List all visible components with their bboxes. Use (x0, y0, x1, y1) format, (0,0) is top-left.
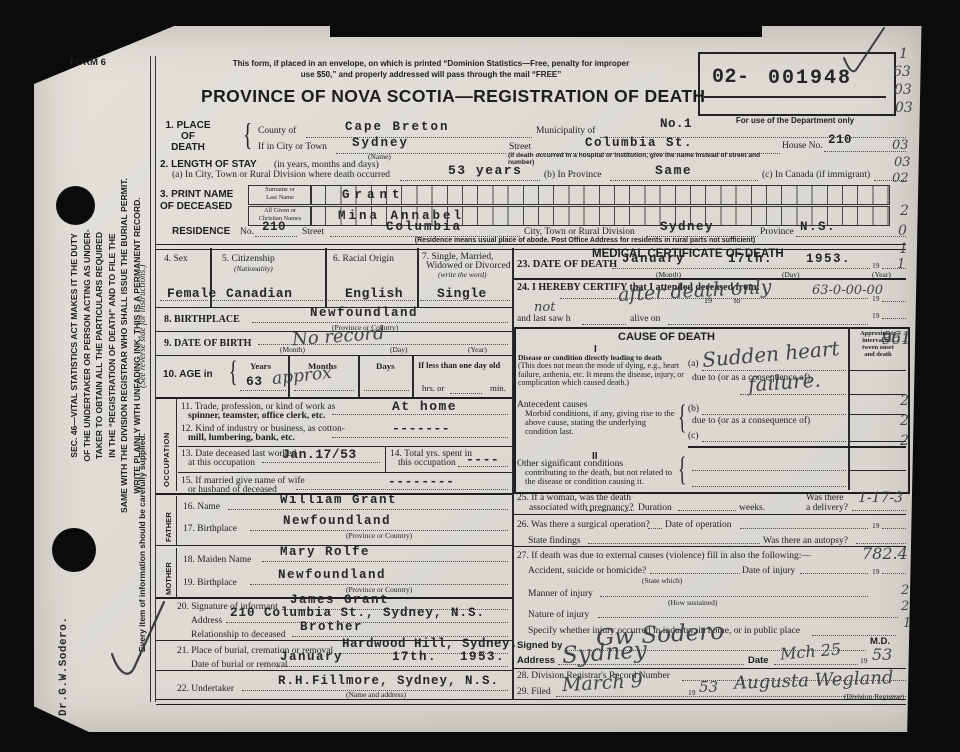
birthplace-label: 8. BIRTHPLACE (164, 314, 240, 325)
mother-group-label: MOTHER (164, 548, 173, 595)
city-value: Sydney (352, 136, 409, 150)
margin-code: 2 (900, 433, 909, 449)
year-line (882, 306, 906, 319)
cause-of-death-header: CAUSE OF DEATH (618, 331, 715, 343)
operation-date-label: Date of operation (665, 520, 731, 530)
registration-number-prefix: 02- (712, 66, 750, 89)
mail-note: This form, if placed in an envelope, on … (213, 59, 649, 80)
mother-maiden-value: Mary Rolfe (280, 545, 370, 559)
print-name-label: 3. PRINT NAME OF DECEASED (160, 189, 246, 213)
mother-birthplace-label: 19. Birthplace (183, 578, 237, 588)
cause-a-label: (a) (688, 359, 699, 369)
residence-street-value: Columbia (386, 220, 462, 234)
father-name-value: William Grant (280, 493, 397, 507)
to-print: to (734, 296, 740, 305)
last-worked-label-2: at this occupation (188, 458, 255, 468)
stay-a-value: 53 years (448, 163, 522, 178)
age-hrs-label: hrs. or (422, 383, 444, 393)
margin-code: 03 (895, 100, 913, 116)
sex-value: Female (167, 286, 217, 301)
alive-on-line (668, 312, 868, 325)
interval-cell-line (848, 441, 906, 442)
relationship-label: Relationship to deceased (191, 630, 285, 640)
margin-code: 1 (899, 241, 908, 257)
residence-no-label: No. (240, 227, 254, 237)
burial-date-label: Date of burial or removal (191, 660, 288, 670)
day-caption: (Day) (390, 345, 408, 354)
weeks-label: weeks. (739, 503, 765, 513)
margin-code: 1 (903, 616, 911, 631)
municipality-label: Municipality of (536, 126, 595, 136)
cell-divider (385, 446, 386, 472)
other-conditions-note: contributing to the death, but not relat… (525, 468, 681, 486)
filed-year-value: 53 (699, 678, 718, 696)
house-no-label: House No. (782, 141, 823, 151)
date-of-death-label: 23. DATE OF DEATH (517, 259, 617, 270)
age-less-label: If less than one day old (418, 361, 500, 370)
city-town-label: If in City or Town (258, 142, 327, 152)
specify-injury-line (812, 623, 896, 636)
citizenship-sub: (Nationality) (234, 264, 273, 273)
residence-caption: (Residence means usual place of abode. P… (300, 237, 870, 244)
autopsy-label: Was there an autopsy? (763, 536, 848, 546)
date-of-death-month: January (622, 252, 685, 266)
signed-year-value: 53 (872, 645, 892, 664)
residence-no-value: 210 (262, 220, 286, 234)
racial-origin-value: English (345, 286, 403, 301)
surname-caption: Surname or Last Name (248, 185, 312, 205)
age-days-line (364, 378, 409, 391)
form-bottom-rule (156, 699, 906, 705)
filed-date-value: March 9 (561, 670, 643, 696)
nature-of-injury-label: Nature of injury (528, 610, 589, 620)
certify-line (560, 286, 868, 299)
nineteen-print: 19 (872, 567, 880, 576)
accident-line (650, 561, 740, 574)
brace: { (229, 355, 238, 389)
undertaker-label: 22. Undertaker (177, 684, 234, 694)
age-months-line (294, 378, 354, 391)
nineteen-print: 19 (872, 294, 880, 303)
margin-code: 03 (892, 138, 909, 153)
scanned-death-registration: SEC. 46—VITAL STATISTICS ACT MAKES IT TH… (0, 0, 960, 752)
burial-date-day: 17th. (392, 650, 437, 664)
margin-see-reverse-note: (See reverse side for instructions.) (137, 153, 147, 388)
residence-province-value: N.S. (800, 220, 836, 234)
birthplace-value: Newfoundland (310, 306, 418, 320)
accident-label: Accident, suicide or homicide? (528, 566, 646, 576)
operation-date-line (740, 516, 868, 529)
margin-code: 2 (900, 413, 909, 429)
interval-cell-line (848, 370, 906, 371)
group-divider (176, 399, 177, 491)
father-birthplace-value: Newfoundland (283, 514, 391, 528)
nineteen-print: 19 (872, 521, 880, 530)
external-causes-label: 27. If death was due to external causes … (517, 551, 811, 561)
undertaker-value: R.H.Fillmore, Sydney, N.S. (278, 674, 499, 688)
stay-b-value: Same (655, 163, 692, 178)
date-of-death-day: 17th. (728, 252, 773, 266)
row-divider-heavy (514, 546, 906, 547)
father-name-label: 16. Name (183, 502, 220, 512)
cause-b-label: (b) (688, 404, 699, 414)
interval-column-divider (848, 327, 850, 490)
total-yrs-value: ---- (466, 452, 499, 467)
father-group-label: FATHER (164, 498, 173, 542)
brace: { (678, 451, 686, 489)
nature-of-injury-line (598, 605, 898, 618)
interval-cell-line (848, 470, 906, 471)
length-of-stay-label: 2. LENGTH OF STAY (160, 159, 257, 170)
manner-of-injury-label: Manner of injury (528, 589, 593, 599)
group-divider (176, 496, 177, 545)
trade-label-2: spinner, teamster, office clerk, etc. (188, 411, 326, 421)
state-findings-label: State findings (528, 536, 581, 546)
age-hrs-line (450, 381, 482, 394)
alive-on-label: alive on (630, 314, 660, 324)
cell-divider (325, 248, 327, 308)
nineteen-print: 19 (872, 311, 880, 320)
municipality-value: No.1 (660, 117, 692, 131)
checkmark-icon (838, 24, 890, 82)
stay-b-label: (b) In Province (544, 170, 602, 180)
year-caption: (Year) (468, 345, 487, 354)
due-to-1-line (740, 382, 846, 395)
box-rule (704, 96, 886, 98)
pregnancy-line (586, 498, 634, 511)
cause-section-divider (688, 446, 906, 448)
occupation-group-label: OCCUPATION (162, 399, 171, 487)
nineteen-print: 19 (872, 261, 880, 270)
citizenship-value: Canadian (226, 286, 292, 301)
margin-code: 03 (894, 82, 912, 98)
row-divider (156, 355, 512, 356)
length-of-stay-note: (in years, months and days) (274, 160, 379, 170)
stay-a-label: (a) In City, Town or Rural Division wher… (172, 170, 390, 180)
cell-divider (417, 248, 419, 308)
county-value: Cape Breton (345, 120, 450, 134)
margin-code: 03 (894, 155, 911, 170)
date-of-birth-label: 9. DATE OF BIRTH (164, 338, 251, 349)
row-divider (178, 472, 512, 473)
burial-place-value: Hardwood Hill, Sydney. (342, 637, 518, 651)
spouse-value: -------- (388, 474, 454, 489)
brace: { (678, 399, 686, 437)
other-line-2 (692, 474, 846, 487)
was-there-label: Was there (806, 493, 843, 503)
division-registrar-caption: (Division Registrar) (844, 692, 904, 701)
house-no-value: 210 (828, 133, 852, 147)
month-caption: (Month) (280, 345, 305, 354)
delivery-value: 1-17-3 (858, 490, 903, 506)
row-divider (156, 670, 512, 671)
disease-note: (This does not mean the mode of dying, e… (518, 362, 686, 388)
county-label: County of (258, 126, 296, 136)
age-days-label: Days (376, 361, 395, 371)
date-of-injury-line (800, 561, 868, 574)
margin-code: 02 (892, 171, 909, 186)
age-min-label: min. (490, 383, 506, 393)
father-birthplace-caption: (Province or Country) (346, 531, 412, 540)
informant-address-label: Address (191, 616, 222, 626)
total-yrs-label-2: this occupation (398, 458, 456, 468)
certify-not-value: not (534, 300, 555, 315)
cause-c-label: (c) (688, 431, 699, 441)
relationship-value: Brother (300, 620, 363, 634)
margin-doctor-name: Dr.G.W.Sodero. (58, 546, 70, 716)
antecedent-note: Morbid conditions, if any, giving rise t… (525, 409, 677, 436)
margin-code: 0 (898, 223, 907, 239)
street-label: Street (509, 142, 531, 152)
duration-label: Duration (638, 503, 672, 513)
stay-c-label: (c) In Canada (if immigrant) (762, 170, 870, 180)
due-to-2-label: due to (or as a consequence of) (692, 416, 810, 426)
age-years-label: Years (250, 361, 271, 371)
year-line (882, 516, 906, 529)
nineteen-print: 19 (704, 296, 712, 305)
cell-divider (412, 356, 414, 397)
surname-value: Grant (342, 188, 405, 202)
interval-cell-line (848, 394, 906, 395)
margin-code: 2 (900, 393, 909, 409)
nineteen-print: 19 (688, 688, 696, 697)
mother-maiden-label: 18. Maiden Name (183, 555, 251, 565)
burial-date-year: 1953. (460, 650, 505, 664)
residence-city-value: Sydney (660, 220, 714, 234)
residence-province-label: Province (760, 227, 794, 237)
mother-birthplace-value: Newfoundland (278, 568, 386, 582)
marital-value: Single (437, 286, 487, 301)
cause-b-line (702, 402, 846, 415)
scan-band-top (330, 0, 762, 37)
citizenship-label: 5. Citizenship (222, 254, 275, 264)
interval-cell-line (848, 414, 906, 415)
margin-statute-note: SEC. 46—VITAL STATISTICS ACT MAKES IT TH… (68, 113, 144, 578)
residence-city-label: City, Town or Rural Division (524, 227, 635, 237)
manner-of-injury-line (600, 584, 868, 597)
operation-label: 26. Was there a surgical operation? (517, 520, 650, 530)
street-value: Columbia St. (585, 136, 693, 150)
row-divider-heavy (156, 397, 512, 399)
brace: { (243, 116, 252, 153)
other-line-1 (692, 458, 846, 471)
street-caption: (If death occurred in a hospital or inst… (508, 152, 788, 166)
duration-line (678, 498, 736, 511)
residence-street-label: Street (302, 227, 324, 237)
date-of-death-year: 1953. (806, 252, 851, 266)
place-of-death-label: 1. PLACE OF DEATH (156, 120, 220, 153)
margin-code: 2 (901, 599, 909, 614)
signed-by-label: Signed by (517, 640, 562, 651)
age-label: 10. AGE in (163, 369, 213, 380)
undertaker-caption: (Name and address) (346, 690, 406, 699)
margin-code: 961 (882, 328, 911, 346)
section-divider-heavy (156, 244, 906, 250)
sex-label: 4. Sex (164, 254, 188, 264)
nineteen-print: 19 (860, 656, 868, 665)
cause-c-line (702, 429, 846, 442)
operation-line (648, 516, 662, 529)
last-worked-value: Jan.17/53 (282, 447, 357, 462)
year-line (882, 561, 906, 574)
margin-code: 1 (897, 257, 905, 272)
father-birthplace-label: 17. Birthplace (183, 524, 237, 534)
industry-label-2: mill, lumbering, bank, etc. (188, 433, 295, 443)
filed-label: 29. Filed (517, 687, 551, 697)
page-title: PROVINCE OF NOVA SCOTIA—REGISTRATION OF … (201, 86, 705, 107)
residence-label: RESIDENCE (172, 226, 230, 237)
industry-value: ------- (392, 421, 450, 436)
racial-origin-label: 6. Racial Origin (333, 254, 394, 264)
form-number: FORM 6 (70, 57, 106, 68)
margin-code: 63 (893, 64, 911, 80)
state-findings-line (588, 531, 760, 544)
margin-code: 2 (901, 583, 909, 598)
margin-code: 1 (899, 46, 908, 62)
trade-value: At home (392, 399, 457, 414)
autopsy-line (856, 531, 906, 544)
delivery-label: a delivery? (806, 503, 848, 513)
informant-address-value: 210 Columbia St., Sydney, N.S. (230, 606, 485, 620)
margin-code: 2 (900, 203, 909, 219)
dept-caption: For use of the Department only (698, 116, 892, 125)
cell-divider (358, 356, 360, 397)
burial-date-month: January (280, 650, 343, 664)
group-divider (176, 548, 177, 597)
date-of-injury-label: Date of injury (742, 566, 795, 576)
age-years-line (240, 378, 286, 391)
last-saw-line (582, 312, 626, 325)
informant-value: James Grant (290, 593, 389, 607)
signed-date-label: Date (748, 655, 769, 666)
marital-label-3: (write the word) (438, 270, 486, 279)
physician-address-label: Address (517, 655, 555, 666)
last-saw-label: and last saw h (517, 314, 571, 324)
year-line (882, 289, 906, 302)
